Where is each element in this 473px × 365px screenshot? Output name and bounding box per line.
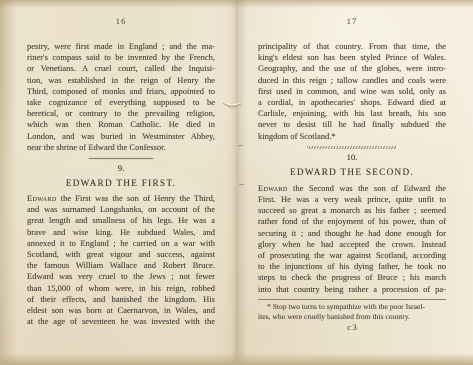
text-block: principality of that country. From that … [258, 41, 446, 333]
text-line: brave and wise king. He subdued Wales, a… [27, 227, 215, 238]
book-scan: 16 pestry, were first made in England ; … [0, 0, 473, 365]
page-number: 17 [258, 16, 446, 26]
text-line: rather fond of the enjoyment of his powe… [258, 216, 446, 227]
section-paragraph: Edward the First was the son of Henry th… [27, 193, 215, 327]
first-line-rest: the Second was the son of Edward the [288, 183, 446, 193]
text-line: take cognizance of everything supposed t… [27, 97, 215, 108]
stitch-mark [239, 184, 244, 186]
continuation-last-line: near the shrine of Edward the Confessor. [27, 142, 215, 153]
text-line: at the age of seventeen he was invested … [27, 316, 215, 327]
continuation-paragraph: principality of that country. From that … [258, 41, 446, 131]
lead-small-caps: Edward [27, 193, 57, 203]
binding-thread-icon [221, 98, 243, 113]
text-line: annexed it to England ; he carried on a … [27, 238, 215, 249]
first-line-rest: the First was the son of Henry the Third… [57, 193, 215, 203]
text-line: Carlisle, enjoining, with his last breat… [258, 108, 446, 119]
section-divider-rule [89, 158, 153, 159]
text-line: of prosecuting the war against Scotland,… [258, 250, 446, 261]
text-line: and was surnamed Longshanks, on account … [27, 204, 215, 215]
text-line: eldest son was born at Caernarvon, in Wa… [27, 305, 215, 316]
text-line: Third, composed of monks and friars, app… [27, 86, 215, 97]
text-line: Geography, and the use of the globes, we… [258, 63, 446, 74]
continuation-last-line: kingdom of Scotland.* [258, 131, 446, 142]
text-line: succeed so great a monarch as his father… [258, 205, 446, 216]
text-line: into that country being rather a process… [258, 284, 446, 295]
gutter-shadow [236, 0, 238, 365]
text-line: the famous William Wallace and Robert Br… [27, 260, 215, 271]
text-line: never to desist till he had finally subd… [258, 119, 446, 130]
text-line: heretical, or contrary to the prevailing… [27, 108, 215, 119]
text-line: duced in this reign ; tallow candles and… [258, 75, 446, 86]
text-line: Scotland, with great vigour and success,… [27, 249, 215, 260]
text-line: ites, who were cruelly banished from thi… [258, 312, 446, 322]
text-line: than 15,000 of whom were, in his reign, … [27, 283, 215, 294]
text-line: a cordial, in apothecaries' shops. Edwar… [258, 97, 446, 108]
continuation-paragraph: pestry, were first made in England ; and… [27, 41, 215, 142]
text-line: to the injunctions of his dying father, … [258, 261, 446, 272]
lead-small-caps: Edward [258, 183, 288, 193]
text-line: Edward was very cruel to the Jews ; not … [27, 271, 215, 282]
section-heading: EDWARD THE SECOND. [258, 166, 446, 178]
page-17: 17 principality of that country. From th… [258, 16, 446, 333]
section-divider-rule [307, 146, 397, 149]
text-line: great length and smallness of his legs. … [27, 215, 215, 226]
text-line: of their effects, and banished the kingd… [27, 294, 215, 305]
text-line: securing it ; and thought he had done en… [258, 228, 446, 239]
section-body-lines: and was surnamed Longshanks, on account … [27, 204, 215, 327]
footnote-rule [258, 299, 446, 300]
text-line: tion, was established in the reign of He… [27, 75, 215, 86]
text-line: steps to check the progress of Bruce ; h… [258, 272, 446, 283]
text-line: Edward the Second was the son of Edward … [258, 183, 446, 194]
text-line: * Stop two turns to sympathize with the … [258, 302, 446, 312]
text-line: or Venetians. A cruel court, called the … [27, 63, 215, 74]
footnote: * Stop two turns to sympathize with the … [258, 302, 446, 322]
section-heading: EDWARD THE FIRST. [27, 177, 215, 189]
section-number: 10. [258, 152, 446, 163]
stitch-mark [238, 145, 243, 147]
section-number: 9. [27, 163, 215, 174]
section-paragraph: Edward the Second was the son of Edward … [258, 183, 446, 295]
text-line: Edward the First was the son of Henry th… [27, 193, 215, 204]
signature-mark: c 3 [258, 323, 446, 333]
text-line: which was then Roman Catholic. He died i… [27, 119, 215, 130]
text-line: glory when he had accepted the crown. In… [258, 239, 446, 250]
page-number: 16 [27, 16, 215, 26]
text-block: pestry, were first made in England ; and… [27, 41, 215, 327]
text-line: king's eldest son has been styled Prince… [258, 52, 446, 63]
text-line: first used in common, and wine was sold,… [258, 86, 446, 97]
text-line: pestry, were first made in England ; and… [27, 41, 215, 52]
text-line: London, and was buried in Westminster Ab… [27, 131, 215, 142]
text-line: First. He was a very weak prince, quite … [258, 194, 446, 205]
page-16: 16 pestry, were first made in England ; … [27, 16, 215, 327]
text-line: principality of that country. From that … [258, 41, 446, 52]
text-line: riner's compass said to be invented by t… [27, 52, 215, 63]
section-body-lines: First. He was a very weak prince, quite … [258, 194, 446, 295]
